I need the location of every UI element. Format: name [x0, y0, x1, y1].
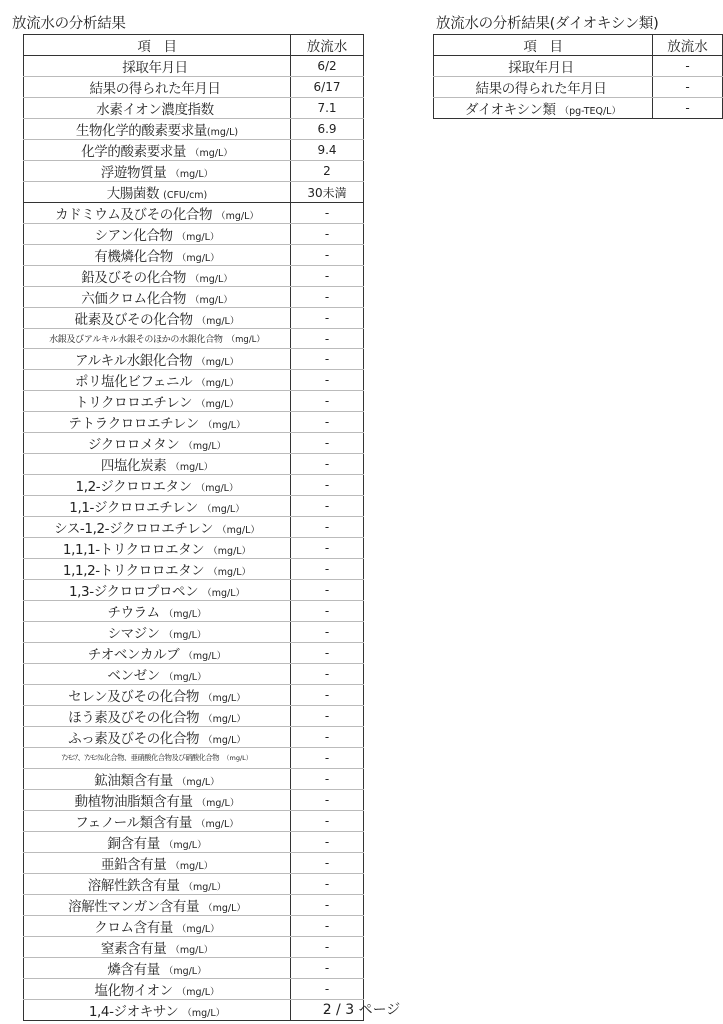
table-row: 1,2-ジクロロエタン（mg/L）- [24, 475, 364, 496]
unit-label: （mg/L） [164, 609, 207, 620]
table-row: 溶解性鉄含有量（mg/L）- [24, 873, 364, 894]
unit-label: （mg/L） [197, 798, 240, 809]
header-item: 項 目 [24, 35, 291, 56]
unit-label: （mg/L） [208, 546, 251, 557]
table-row: ほう素及びその化合物（mg/L）- [24, 706, 364, 727]
item-cell: セレン及びその化合物（mg/L） [24, 685, 291, 706]
unit-label: （mg/L） [164, 966, 207, 977]
item-cell: 六価クロム化合物（mg/L） [24, 287, 291, 308]
table-row: 化学的酸素要求量（mg/L）9.4 [24, 140, 364, 161]
item-label: 窒素含有量 [101, 941, 167, 957]
unit-label: （mg/L） [216, 211, 259, 222]
unit-label: （mg/L） [203, 735, 246, 746]
unit-label: （mg/L） [196, 819, 239, 830]
item-label: 水素イオン濃度指数 [96, 102, 214, 118]
item-cell: アルキル水銀化合物（mg/L） [24, 349, 291, 370]
item-cell: 1,1-ジクロロエチレン（mg/L） [24, 496, 291, 517]
table-row: クロム含有量（mg/L）- [24, 915, 364, 936]
unit-label: （mg/L） [170, 169, 213, 180]
unit-label: （mg/L） [177, 253, 220, 264]
item-label: ベンゼン [107, 668, 159, 684]
unit-label: （mg/L） [223, 754, 252, 762]
item-label: 結果の得られた年月日 [476, 81, 607, 97]
table-row: フェノール類含有量（mg/L）- [24, 810, 364, 831]
value-cell: - [291, 349, 364, 370]
value-cell: - [291, 266, 364, 287]
item-label: セレン及びその化合物 [68, 689, 199, 705]
item-cell: ベンゼン（mg/L） [24, 664, 291, 685]
value-cell: - [291, 203, 364, 224]
item-cell: ポリ塩化ビフェニル（mg/L） [24, 370, 291, 391]
value-cell: - [291, 391, 364, 412]
table-row: 1,1-ジクロロエチレン（mg/L）- [24, 496, 364, 517]
unit-label: （mg/L） [177, 777, 220, 788]
table-row: シマジン（mg/L）- [24, 622, 364, 643]
unit-label: （mg/L） [217, 525, 260, 536]
table-row: 有機燐化合物（mg/L）- [24, 245, 364, 266]
item-label: クロム含有量 [94, 920, 173, 936]
value-cell: - [291, 454, 364, 475]
value-cell: - [291, 580, 364, 601]
table-row: ふっ素及びその化合物（mg/L）- [24, 727, 364, 748]
item-label: テトラクロロエチレン [68, 416, 198, 432]
unit-label: （mg/L） [177, 987, 220, 998]
value-cell: - [291, 936, 364, 957]
value-cell: - [291, 517, 364, 538]
table-header-row: 項 目 放流水 [24, 35, 364, 56]
item-cell: ダイオキシン類（pg-TEQ/L） [434, 98, 653, 119]
page-indicator: 2 / 3 ページ [0, 999, 723, 1019]
table-row: 砒素及びその化合物（mg/L）- [24, 308, 364, 329]
dioxin-table-title: 放流水の分析結果(ダイオキシン類) [436, 12, 658, 33]
unit-label: （mg/L） [203, 693, 246, 704]
item-label: 銅含有量 [107, 836, 159, 852]
unit-label: （mg/L） [190, 295, 233, 306]
value-cell: - [291, 706, 364, 727]
item-label: 1,1-ジクロロエチレン [69, 500, 198, 516]
item-cell: 1,3-ジクロロプロペン（mg/L） [24, 580, 291, 601]
item-label: チウラム [107, 605, 159, 621]
item-label: 1,3-ジクロロプロペン [69, 584, 198, 600]
item-label: 採取年月日 [508, 60, 574, 76]
item-label: シマジン [108, 626, 160, 642]
item-label: カドミウム及びその化合物 [55, 207, 212, 223]
item-cell: クロム含有量（mg/L） [24, 915, 291, 936]
item-cell: テトラクロロエチレン（mg/L） [24, 412, 291, 433]
value-cell: - [291, 894, 364, 915]
item-label: 1,1,2-トリクロロエタン [63, 563, 204, 579]
item-cell: 浮遊物質量（mg/L） [24, 161, 291, 182]
value-cell: - [291, 664, 364, 685]
value-cell: - [291, 433, 364, 454]
value-cell: - [291, 559, 364, 580]
value-cell: 30未満 [291, 182, 364, 203]
unit-label: （mg/L） [227, 335, 265, 345]
value-cell: - [291, 601, 364, 622]
dioxin-analysis-table: 項 目 放流水 採取年月日-結果の得られた年月日-ダイオキシン類（pg-TEQ/… [433, 34, 723, 119]
table-row: アルキル水銀化合物（mg/L）- [24, 349, 364, 370]
item-cell: 水銀及びアルキル水銀そのほかの水銀化合物（mg/L） [24, 329, 291, 349]
item-cell: ジクロロメタン（mg/L） [24, 433, 291, 454]
value-cell: 2 [291, 161, 364, 182]
item-label: 溶解性マンガン含有量 [68, 899, 199, 915]
unit-label: （mg/L） [170, 945, 213, 956]
item-cell: チウラム（mg/L） [24, 601, 291, 622]
item-cell: 動植物油脂類含有量（mg/L） [24, 789, 291, 810]
value-cell: - [291, 308, 364, 329]
unit-label: （mg/L） [183, 441, 226, 452]
value-cell: - [653, 98, 723, 119]
value-cell: - [291, 412, 364, 433]
unit-label: （mg/L） [164, 840, 207, 851]
value-cell: - [291, 789, 364, 810]
item-cell: 水素イオン濃度指数 [24, 98, 291, 119]
item-label: 六価クロム化合物 [81, 291, 186, 307]
unit-label: （mg/L） [164, 630, 207, 641]
unit-label: （mg/L） [183, 651, 226, 662]
item-cell: 1,2-ジクロロエタン（mg/L） [24, 475, 291, 496]
table-row: ｱﾝﾓﾆｱ、ｱﾝﾓﾆｳﾑ化合物、亜硝酸化合物及び硝酸化合物（mg/L）- [24, 748, 364, 768]
unit-label: （mg/L） [202, 588, 245, 599]
unit-label: （mg/L） [190, 148, 233, 159]
table-row: 1,1,2-トリクロロエタン（mg/L）- [24, 559, 364, 580]
item-label: 水銀及びアルキル水銀そのほかの水銀化合物 [49, 335, 223, 345]
table-row: 水銀及びアルキル水銀そのほかの水銀化合物（mg/L）- [24, 329, 364, 349]
item-label: ほう素及びその化合物 [68, 710, 199, 726]
table-row: 六価クロム化合物（mg/L）- [24, 287, 364, 308]
value-cell: - [291, 978, 364, 999]
item-label: チオベンカルブ [88, 647, 179, 663]
item-label: ふっ素及びその化合物 [68, 731, 199, 747]
item-cell: トリクロロエチレン（mg/L） [24, 391, 291, 412]
table-row: シアン化合物（mg/L）- [24, 224, 364, 245]
unit-label: （mg/L） [208, 567, 251, 578]
value-cell: - [291, 873, 364, 894]
table-row: 1,3-ジクロロプロペン（mg/L）- [24, 580, 364, 601]
table-row: 水素イオン濃度指数7.1 [24, 98, 364, 119]
unit-label: （mg/L） [197, 316, 240, 327]
item-cell: 亜鉛含有量（mg/L） [24, 852, 291, 873]
item-label: 化学的酸素要求量 [81, 144, 186, 160]
value-cell: - [291, 852, 364, 873]
item-label: 生物化学的酸素要求量 [76, 123, 207, 139]
item-cell: 採取年月日 [434, 56, 653, 77]
unit-label: （mg/L） [183, 882, 226, 893]
unit-label: (CFU/cm) [163, 190, 207, 201]
item-label: 結果の得られた年月日 [90, 81, 221, 97]
item-cell: 採取年月日 [24, 56, 291, 77]
item-cell: 塩化物イオン（mg/L） [24, 978, 291, 999]
item-label: シス-1,2-ジクロロエチレン [54, 521, 213, 537]
item-cell: カドミウム及びその化合物（mg/L） [24, 203, 291, 224]
value-cell: 6/2 [291, 56, 364, 77]
item-cell: ふっ素及びその化合物（mg/L） [24, 727, 291, 748]
value-cell: 9.4 [291, 140, 364, 161]
item-cell: 銅含有量（mg/L） [24, 831, 291, 852]
table-row: 生物化学的酸素要求量(mg/L)6.9 [24, 119, 364, 140]
unit-label: （mg/L） [203, 420, 246, 431]
item-label: 鉛及びその化合物 [81, 270, 186, 286]
item-cell: 鉱油類含有量（mg/L） [24, 768, 291, 789]
value-cell: 6/17 [291, 77, 364, 98]
table-row: 溶解性マンガン含有量（mg/L）- [24, 894, 364, 915]
value-cell: - [653, 56, 723, 77]
item-cell: ほう素及びその化合物（mg/L） [24, 706, 291, 727]
table-row: 結果の得られた年月日6/17 [24, 77, 364, 98]
item-cell: 窒素含有量（mg/L） [24, 936, 291, 957]
table-row: カドミウム及びその化合物（mg/L）- [24, 203, 364, 224]
table-row: 採取年月日6/2 [24, 56, 364, 77]
item-label: シアン化合物 [95, 228, 173, 244]
unit-label: （mg/L） [196, 399, 239, 410]
item-cell: 結果の得られた年月日 [434, 77, 653, 98]
unit-label: （mg/L） [203, 714, 246, 725]
item-label: トリクロロエチレン [75, 395, 192, 411]
value-cell: - [291, 496, 364, 517]
item-cell: 四塩化炭素（mg/L） [24, 454, 291, 475]
table-row: セレン及びその化合物（mg/L）- [24, 685, 364, 706]
item-cell: 溶解性マンガン含有量（mg/L） [24, 894, 291, 915]
item-label: 1,2-ジクロロエタン [76, 479, 192, 495]
item-label: 有機燐化合物 [94, 249, 173, 265]
item-cell: 溶解性鉄含有量（mg/L） [24, 873, 291, 894]
item-cell: 1,1,1-トリクロロエタン（mg/L） [24, 538, 291, 559]
unit-label: （mg/L） [202, 504, 245, 515]
item-label: 浮遊物質量 [101, 165, 167, 181]
table-row: ジクロロメタン（mg/L）- [24, 433, 364, 454]
item-cell: 砒素及びその化合物（mg/L） [24, 308, 291, 329]
unit-label: (mg/L) [207, 127, 238, 138]
value-cell: - [291, 475, 364, 496]
table-row: 結果の得られた年月日- [434, 77, 723, 98]
table-row: トリクロロエチレン（mg/L）- [24, 391, 364, 412]
table-row: シス-1,2-ジクロロエチレン（mg/L）- [24, 517, 364, 538]
value-cell: - [653, 77, 723, 98]
value-cell: - [291, 287, 364, 308]
value-cell: - [291, 622, 364, 643]
item-label: フェノール類含有量 [75, 815, 192, 831]
unit-label: （mg/L） [190, 274, 233, 285]
item-label: 四塩化炭素 [101, 458, 167, 474]
unit-label: （mg/L） [177, 232, 220, 243]
value-cell: 7.1 [291, 98, 364, 119]
table-row: 採取年月日- [434, 56, 723, 77]
unit-label: （mg/L） [164, 672, 207, 683]
item-cell: 生物化学的酸素要求量(mg/L) [24, 119, 291, 140]
item-label: 動植物油脂類含有量 [75, 794, 193, 810]
header-item: 項 目 [434, 35, 653, 56]
table-row: ベンゼン（mg/L）- [24, 664, 364, 685]
value-cell: - [291, 329, 364, 349]
item-cell: シアン化合物（mg/L） [24, 224, 291, 245]
table-row: チウラム（mg/L）- [24, 601, 364, 622]
table-row: 大腸菌数(CFU/cm)30未満 [24, 182, 364, 203]
item-label: 採取年月日 [122, 60, 188, 76]
value-cell: - [291, 685, 364, 706]
table-row: 銅含有量（mg/L）- [24, 831, 364, 852]
unit-label: （pg-TEQ/L） [560, 106, 621, 117]
item-cell: 有機燐化合物（mg/L） [24, 245, 291, 266]
item-cell: 大腸菌数(CFU/cm) [24, 182, 291, 203]
item-cell: 燐含有量（mg/L） [24, 957, 291, 978]
table-row: 四塩化炭素（mg/L）- [24, 454, 364, 475]
value-cell: - [291, 538, 364, 559]
header-value: 放流水 [291, 35, 364, 56]
header-value: 放流水 [653, 35, 723, 56]
item-label: ｱﾝﾓﾆｱ、ｱﾝﾓﾆｳﾑ化合物、亜硝酸化合物及び硝酸化合物 [62, 753, 219, 762]
table-row: 塩化物イオン（mg/L）- [24, 978, 364, 999]
table-row: 窒素含有量（mg/L）- [24, 936, 364, 957]
value-cell: - [291, 727, 364, 748]
value-cell: - [291, 768, 364, 789]
item-cell: 1,1,2-トリクロロエタン（mg/L） [24, 559, 291, 580]
item-label: 亜鉛含有量 [101, 857, 167, 873]
item-label: ジクロロメタン [88, 437, 179, 453]
item-label: 燐含有量 [107, 962, 159, 978]
item-cell: チオベンカルブ（mg/L） [24, 643, 291, 664]
item-cell: 結果の得られた年月日 [24, 77, 291, 98]
value-cell: 6.9 [291, 119, 364, 140]
value-cell: - [291, 748, 364, 768]
item-label: アルキル水銀化合物 [75, 353, 192, 369]
item-cell: シマジン（mg/L） [24, 622, 291, 643]
item-label: 塩化物イオン [95, 983, 173, 999]
value-cell: - [291, 643, 364, 664]
item-cell: 鉛及びその化合物（mg/L） [24, 266, 291, 287]
item-label: ポリ塩化ビフェニル [75, 374, 192, 390]
table-row: 亜鉛含有量（mg/L）- [24, 852, 364, 873]
item-label: 溶解性鉄含有量 [88, 878, 180, 894]
unit-label: （mg/L） [196, 378, 239, 389]
value-cell: - [291, 810, 364, 831]
table-row: 浮遊物質量（mg/L）2 [24, 161, 364, 182]
unit-label: （mg/L） [177, 924, 220, 935]
item-label: 砒素及びその化合物 [75, 312, 193, 328]
unit-label: （mg/L） [170, 861, 213, 872]
value-cell: - [291, 915, 364, 936]
table-row: 動植物油脂類含有量（mg/L）- [24, 789, 364, 810]
main-table-title: 放流水の分析結果 [12, 12, 126, 33]
item-label: 大腸菌数 [107, 186, 159, 202]
table-row: 鉱油類含有量（mg/L）- [24, 768, 364, 789]
table-row: ダイオキシン類（pg-TEQ/L）- [434, 98, 723, 119]
table-row: ポリ塩化ビフェニル（mg/L）- [24, 370, 364, 391]
item-cell: フェノール類含有量（mg/L） [24, 810, 291, 831]
item-label: 1,1,1-トリクロロエタン [63, 542, 204, 558]
value-cell: - [291, 245, 364, 266]
table-row: チオベンカルブ（mg/L）- [24, 643, 364, 664]
table-row: 1,1,1-トリクロロエタン（mg/L）- [24, 538, 364, 559]
item-label: ダイオキシン類 [465, 102, 556, 118]
table-header-row: 項 目 放流水 [434, 35, 723, 56]
table-row: テトラクロロエチレン（mg/L）- [24, 412, 364, 433]
unit-label: （mg/L） [196, 483, 239, 494]
item-cell: 化学的酸素要求量（mg/L） [24, 140, 291, 161]
unit-label: （mg/L） [203, 903, 246, 914]
item-cell: ｱﾝﾓﾆｱ、ｱﾝﾓﾆｳﾑ化合物、亜硝酸化合物及び硝酸化合物（mg/L） [24, 748, 291, 768]
table-row: 鉛及びその化合物（mg/L）- [24, 266, 364, 287]
item-cell: シス-1,2-ジクロロエチレン（mg/L） [24, 517, 291, 538]
unit-label: （mg/L） [170, 462, 213, 473]
wastewater-analysis-table: 項 目 放流水 採取年月日6/2結果の得られた年月日6/17水素イオン濃度指数7… [23, 34, 364, 1021]
item-label: 鉱油類含有量 [94, 773, 173, 789]
value-cell: - [291, 224, 364, 245]
value-cell: - [291, 831, 364, 852]
unit-label: （mg/L） [196, 357, 239, 368]
table-row: 燐含有量（mg/L）- [24, 957, 364, 978]
value-cell: - [291, 370, 364, 391]
value-cell: - [291, 957, 364, 978]
